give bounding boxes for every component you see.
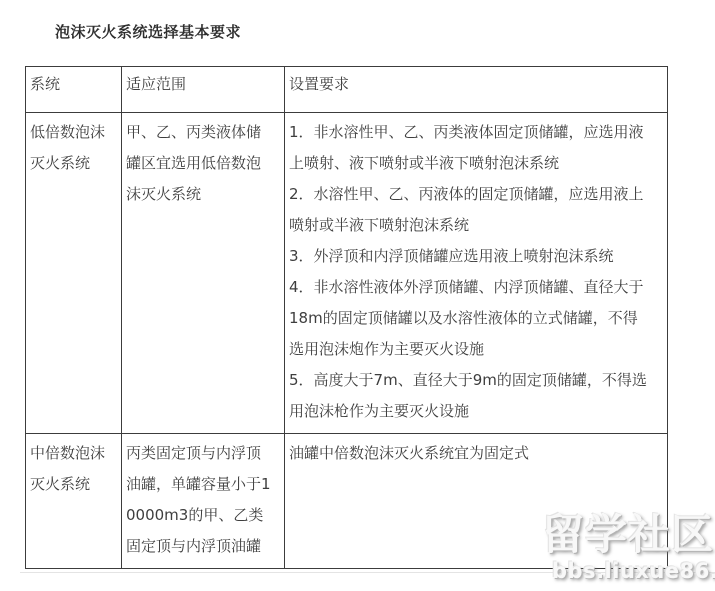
requirement-line: 2．水溶性甲、乙、丙液体的固定顶储罐，应选用液上喷射或半液下喷射泡沫系统 xyxy=(289,179,648,241)
requirement-line: 5．高度大于7m、直径大于9m的固定顶储罐，不得选用泡沫枪作为主要灭火设施 xyxy=(289,365,648,427)
requirement-line: 4．非水溶性液体外浮顶储罐、内浮顶储罐、直径大于18m的固定顶储罐以及水溶性液体… xyxy=(289,272,648,365)
page-title: 泡沫灭火系统选择基本要求 xyxy=(55,21,241,42)
document-page: 泡沫灭火系统选择基本要求 系统 适应范围 设置要求 低倍数泡沫灭火系统甲、乙、丙… xyxy=(0,0,715,591)
requirement-line: 1．非水溶性甲、乙、丙类液体固定顶储罐，应选用液上喷射、液下喷射或半液下喷射泡沫… xyxy=(289,117,648,179)
header-cell-system: 系统 xyxy=(26,67,122,113)
cell-scope: 甲、乙、丙类液体储罐区宜选用低倍数泡沫灭火系统 xyxy=(122,113,285,434)
table-body: 低倍数泡沫灭火系统甲、乙、丙类液体储罐区宜选用低倍数泡沫灭火系统1．非水溶性甲、… xyxy=(26,113,668,569)
requirement-line: 油罐中倍数泡沫灭火系统宜为固定式 xyxy=(289,438,648,469)
header-cell-scope: 适应范围 xyxy=(122,67,285,113)
cell-scope: 丙类固定顶与内浮顶油罐，单罐容量小于10000m3的甲、乙类固定顶与内浮顶油罐 xyxy=(122,434,285,569)
table-row: 低倍数泡沫灭火系统甲、乙、丙类液体储罐区宜选用低倍数泡沫灭火系统1．非水溶性甲、… xyxy=(26,113,668,434)
requirements-table: 系统 适应范围 设置要求 低倍数泡沫灭火系统甲、乙、丙类液体储罐区宜选用低倍数泡… xyxy=(25,66,668,569)
cell-system: 低倍数泡沫灭火系统 xyxy=(26,113,122,434)
table-row: 中倍数泡沫灭火系统丙类固定顶与内浮顶油罐，单罐容量小于10000m3的甲、乙类固… xyxy=(26,434,668,569)
cell-requirements: 油罐中倍数泡沫灭火系统宜为固定式 xyxy=(285,434,668,569)
header-cell-requirements: 设置要求 xyxy=(285,67,668,113)
requirement-line: 3．外浮顶和内浮顶储罐应选用液上喷射泡沫系统 xyxy=(289,241,648,272)
cell-system: 中倍数泡沫灭火系统 xyxy=(26,434,122,569)
header-row: 系统 适应范围 设置要求 xyxy=(26,67,668,113)
cell-requirements: 1．非水溶性甲、乙、丙类液体固定顶储罐，应选用液上喷射、液下喷射或半液下喷射泡沫… xyxy=(285,113,668,434)
divider-line xyxy=(20,572,715,573)
